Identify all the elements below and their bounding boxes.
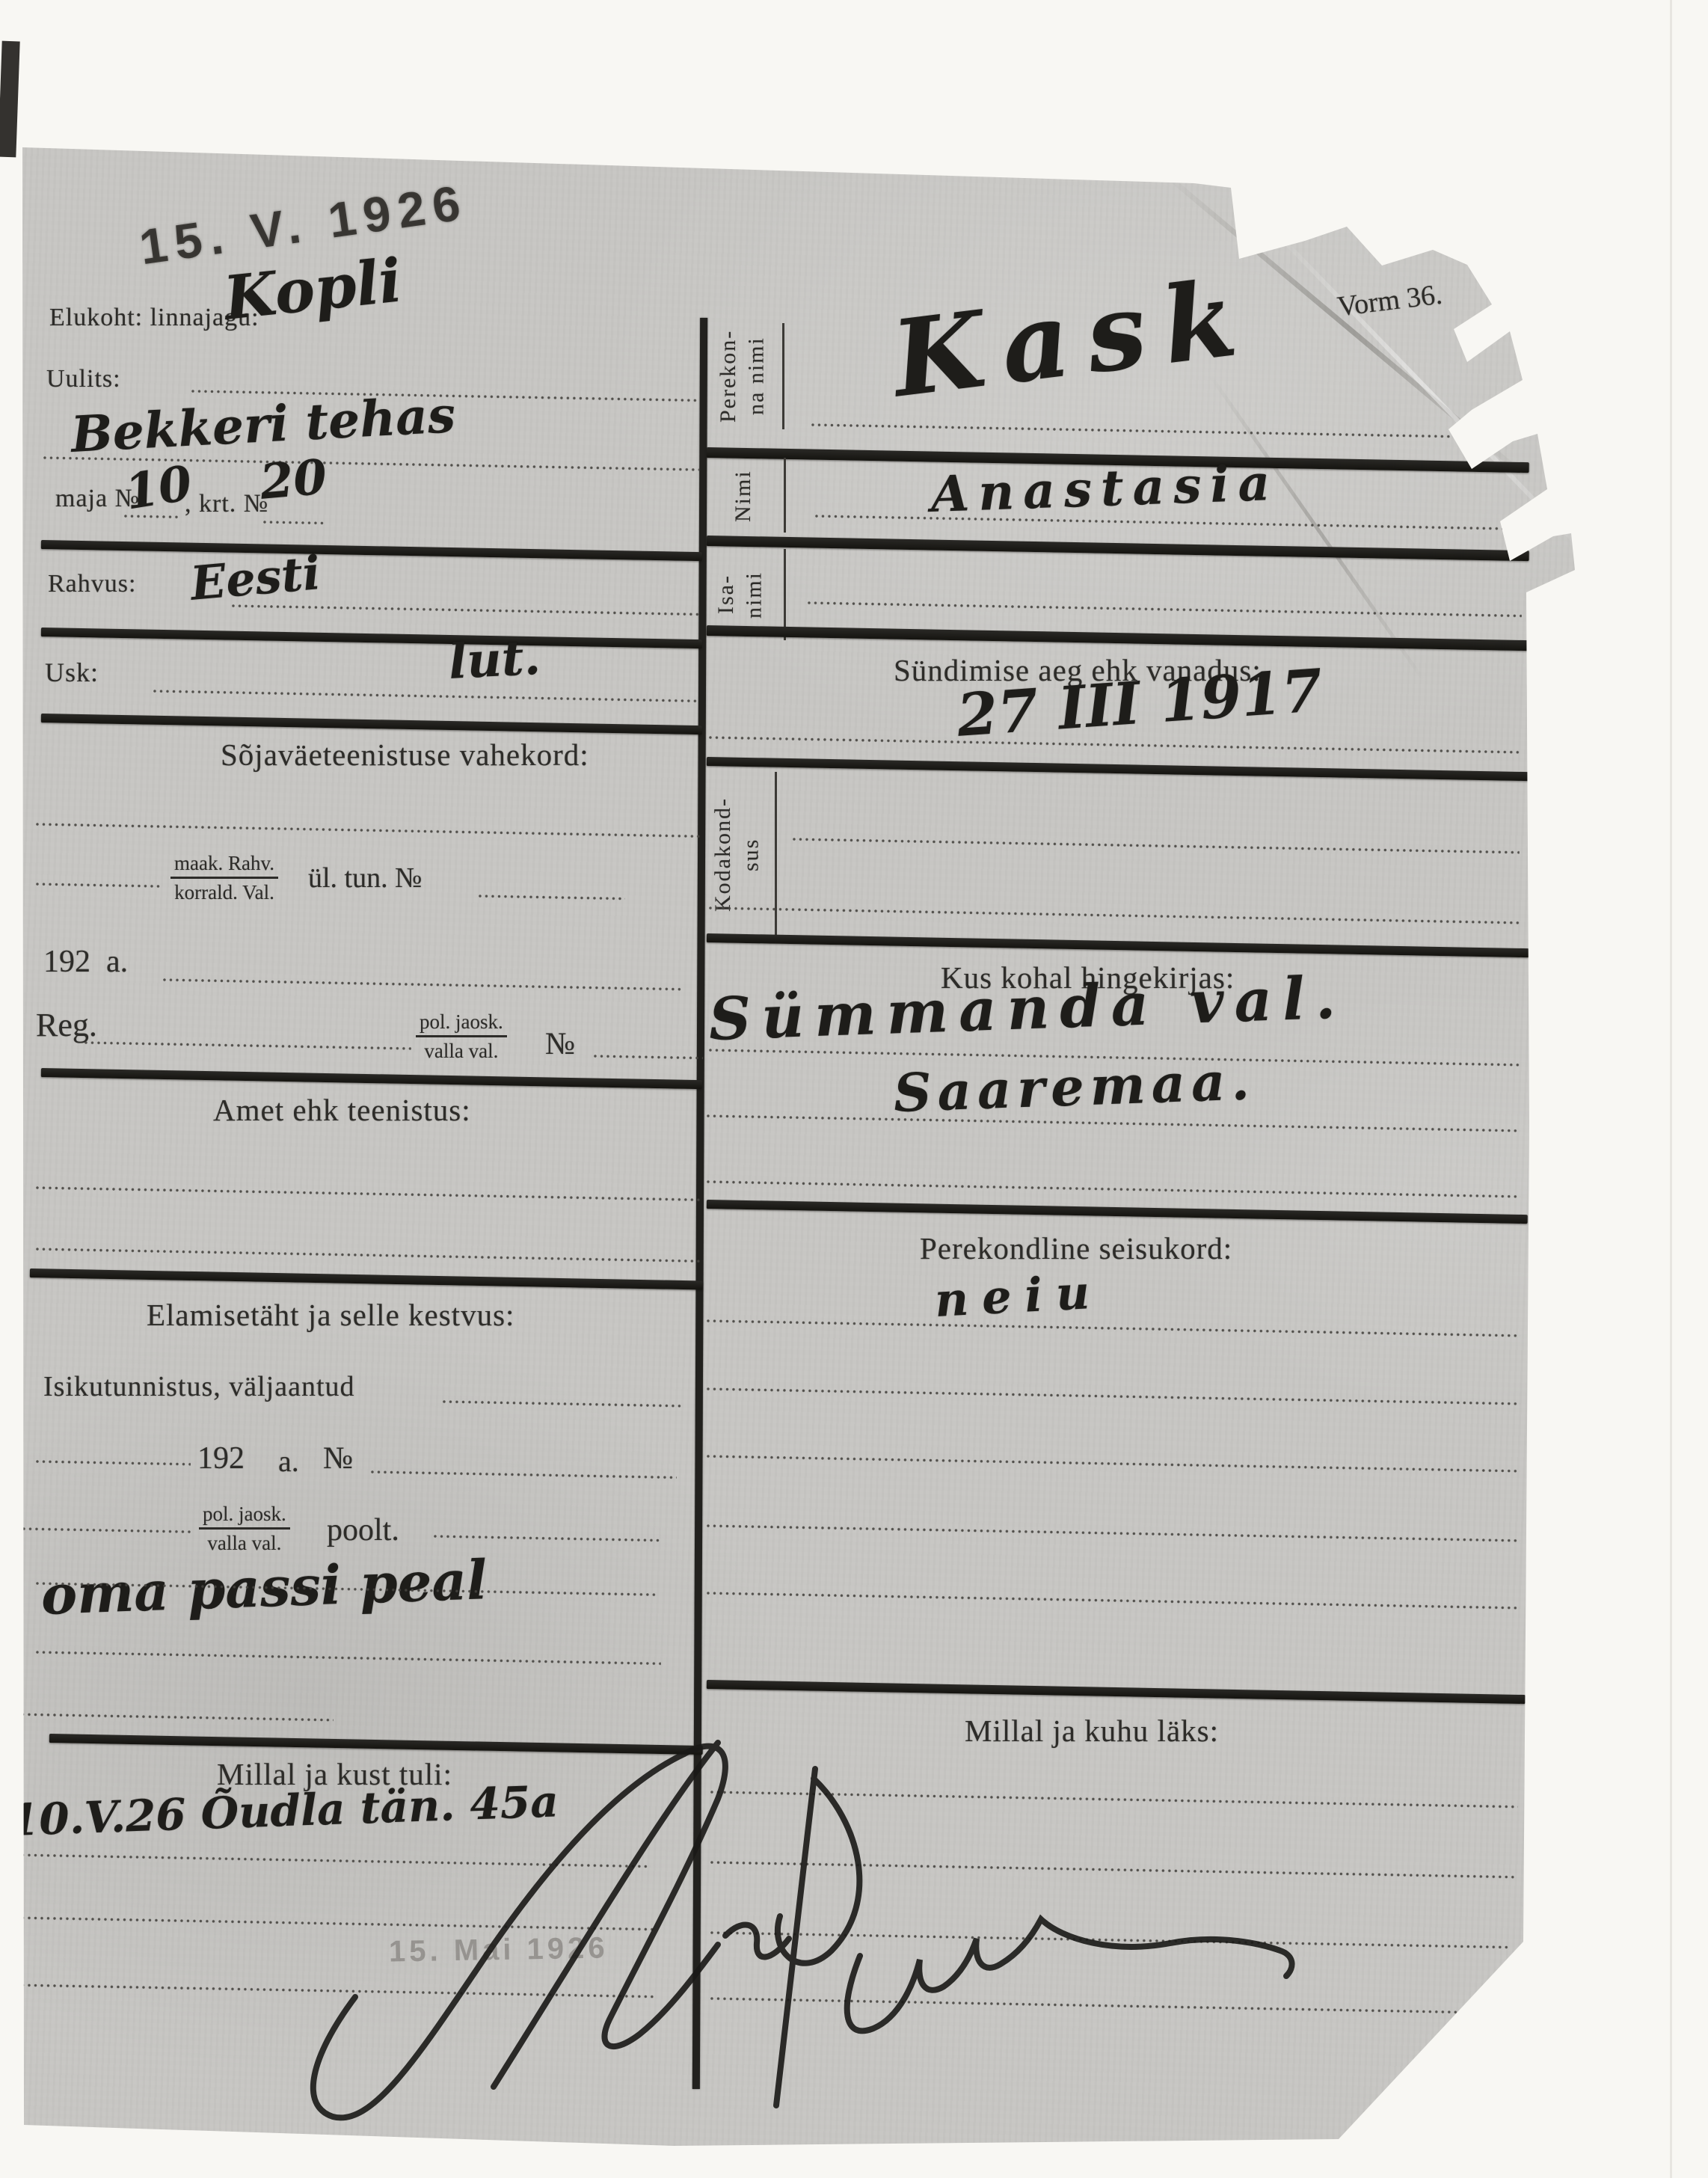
- row-label-perekonnanimi: Perekon-na nimi: [714, 320, 770, 432]
- section-rule: [707, 933, 1529, 957]
- section-rule: [707, 625, 1529, 651]
- handwriting-usk: lut.: [447, 630, 541, 690]
- handwriting-perekonnanimi: Kask: [886, 256, 1261, 422]
- dotted-line: [36, 823, 700, 838]
- dotted-line: [815, 515, 1522, 530]
- dotted-line: [153, 690, 700, 702]
- section-rule: [707, 757, 1529, 781]
- row-label-kodakondsus: Kodakond-sus: [709, 770, 765, 939]
- dotted-line: [371, 1470, 677, 1479]
- section-rule: [41, 540, 702, 561]
- label-separator-rule: [782, 323, 784, 429]
- dotted-line: [707, 1319, 1520, 1337]
- fraction-pol-jaosk-2: pol. jaosk. valla val.: [199, 1502, 290, 1556]
- dotted-line: [434, 1535, 661, 1542]
- dotted-line: [36, 883, 162, 888]
- no-sign: №: [323, 1441, 353, 1476]
- crease-highlight: [1268, 224, 1594, 561]
- section-heading-sojavaeteenistus: Sõjaväeteenistuse vahekord:: [221, 737, 589, 773]
- dotted-line: [479, 895, 625, 901]
- dotted-line: [793, 838, 1520, 854]
- field-label-rahvus: Rahvus:: [48, 570, 136, 598]
- dotted-line: [808, 601, 1522, 617]
- section-rule: [707, 1200, 1528, 1224]
- dotted-line: [709, 907, 1520, 924]
- dotted-line: [707, 1114, 1520, 1132]
- field-label-a: a.: [278, 1444, 299, 1479]
- row-label-line: Perekon-: [716, 330, 740, 423]
- dotted-line: [443, 1400, 683, 1408]
- section-rule: [41, 1068, 702, 1089]
- dotted-line: [85, 1041, 411, 1050]
- row-label-line: nimi: [742, 571, 767, 619]
- handwriting-uulits: Bekkeri tehas: [70, 385, 457, 464]
- folded-corner: [1340, 1975, 1535, 2139]
- field-label-uulits: Uulits:: [46, 365, 121, 393]
- dotted-line: [707, 1455, 1520, 1473]
- fraction-bottom: korrald. Val.: [171, 879, 278, 904]
- label-separator-rule: [784, 458, 786, 533]
- section-rule: [41, 628, 702, 648]
- handwriting-hingekirjas-2: Saaremaa.: [893, 1049, 1256, 1124]
- section-heading-seisukord: Perekondline seisukord:: [920, 1230, 1232, 1266]
- handwriting-krt-nr: 20: [258, 449, 329, 510]
- fraction-top: maak. Rahv.: [171, 851, 278, 879]
- section-heading-amet: Amet ehk teenistus:: [213, 1092, 471, 1128]
- form-number: Vorm 36.: [1336, 278, 1444, 324]
- fraction-top: pol. jaosk.: [199, 1502, 290, 1530]
- fraction-top: pol. jaosk.: [416, 1010, 507, 1037]
- dotted-line: [36, 1248, 700, 1263]
- fraction-pol-jaosk: pol. jaosk. valla val.: [416, 1010, 507, 1064]
- dotted-line: [163, 978, 682, 991]
- row-label-line: Kodakond-: [710, 797, 735, 912]
- no-sign: №: [545, 1026, 575, 1062]
- scanner-edge-line: [1670, 0, 1672, 2178]
- row-label-line: na nimi: [744, 337, 769, 416]
- fraction-bottom: valla val.: [199, 1530, 290, 1555]
- dotted-line: [22, 1527, 191, 1533]
- scan-edge-shadow: [0, 41, 20, 158]
- row-label-line: Isa-: [713, 575, 738, 615]
- field-label-192a: 192 a.: [43, 944, 128, 980]
- field-label-reg: Reg.: [36, 1006, 97, 1044]
- dotted-line: [232, 604, 700, 616]
- section-rule: [707, 536, 1529, 561]
- fold-crease-line: [1380, 1967, 1537, 2104]
- row-label-nimi: Nimi: [729, 455, 758, 537]
- dotted-line: [707, 1387, 1520, 1405]
- dotted-line: [707, 1524, 1520, 1542]
- field-label-isikutunnistus: Isikutunnistus, väljaantud: [43, 1370, 355, 1403]
- field-label-poolt: poolt.: [327, 1512, 399, 1548]
- scanned-document: 15. V. 1926 15. Mai 1926 Vorm 36. Elukoh…: [0, 0, 1708, 2178]
- dotted-line: [811, 423, 1522, 439]
- section-heading-elamisetaht: Elamisetäht ja selle kestvus:: [147, 1297, 514, 1333]
- field-label-192: 192: [197, 1441, 245, 1476]
- section-rule: [41, 714, 702, 734]
- field-label-ul-tun: ül. tun. №: [308, 862, 422, 895]
- handwriting-hingekirjas-1: Sümmanda val.: [707, 963, 1347, 1054]
- section-rule: [30, 1269, 703, 1289]
- dotted-line: [36, 1460, 191, 1466]
- dotted-line: [707, 1592, 1520, 1610]
- registration-card-paper: 15. V. 1926 15. Mai 1926 Vorm 36. Elukoh…: [0, 0, 1708, 2178]
- dotted-line: [36, 1651, 661, 1665]
- handwriting-seisukord: neiu: [933, 1264, 1105, 1328]
- row-label-line: sus: [739, 838, 764, 871]
- dotted-line: [36, 1186, 700, 1201]
- handwriting-nimi: Anastasia: [930, 453, 1280, 524]
- field-label-krt: , krt. №: [185, 490, 268, 518]
- dotted-line: [707, 1180, 1520, 1198]
- registrar-signature-icon: [269, 1698, 1354, 2162]
- field-label-usk: Usk:: [45, 657, 99, 688]
- handwriting-rahvus: Eesti: [188, 545, 323, 611]
- fraction-bottom: valla val.: [416, 1037, 507, 1063]
- fraction-maak-rahv: maak. Rahv. korrald. Val.: [171, 851, 278, 905]
- dotted-line: [594, 1055, 703, 1060]
- dotted-line: [263, 521, 326, 525]
